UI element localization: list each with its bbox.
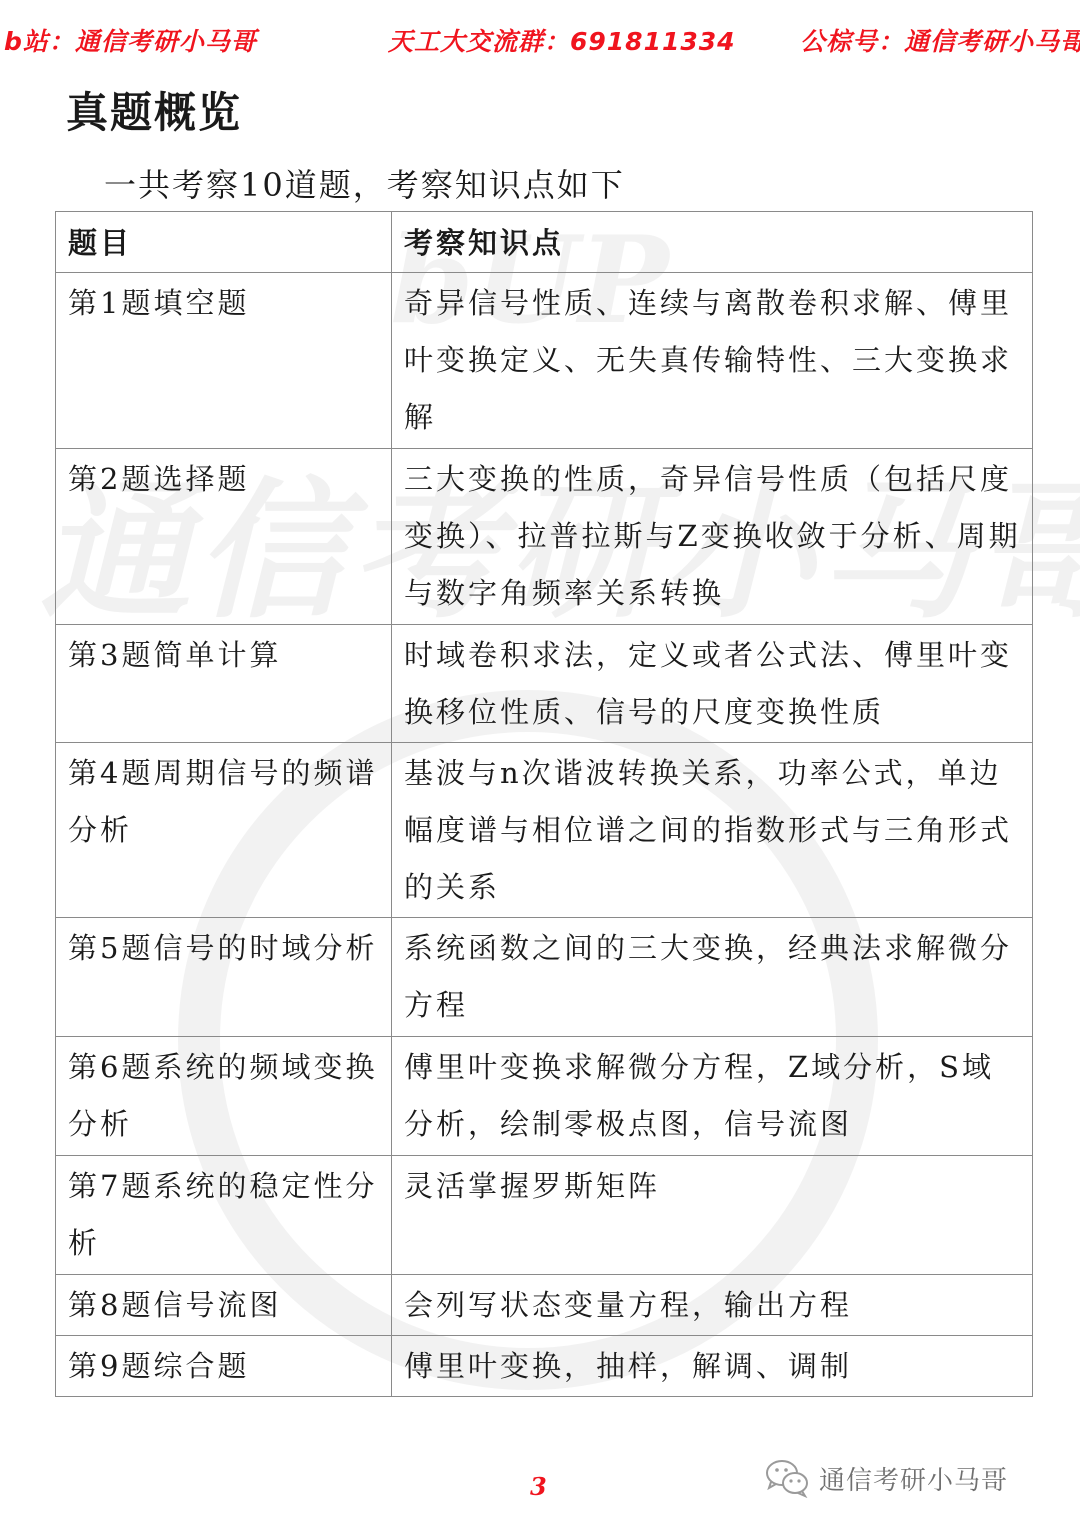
points-cell: 奇异信号性质、连续与离散卷积求解、傅里叶变换定义、无失真传输特性、三大变换求解 (392, 273, 1033, 449)
topic-cell: 第5题信号的时域分析 (56, 918, 392, 1037)
points-cell: 三大变换的性质，奇异信号性质（包括尺度变换）、拉普拉斯与Z变换收敛于分析、周期与… (392, 449, 1033, 625)
table-header-row: 题目 考察知识点 (56, 212, 1033, 273)
table-row: 第1题填空题 奇异信号性质、连续与离散卷积求解、傅里叶变换定义、无失真传输特性、… (56, 273, 1033, 449)
table-row: 第4题周期信号的频谱分析 基波与n次谐波转换关系，功率公式，单边幅度谱与相位谱之… (56, 743, 1033, 918)
topic-cell: 第4题周期信号的频谱分析 (56, 743, 392, 918)
topic-cell: 第2题选择题 (56, 449, 392, 625)
header-bar: b站：通信考研小马哥 天工大交流群：691811334 公棕号：通信考研小马哥 (0, 22, 1080, 62)
knowledge-table: 题目 考察知识点 第1题填空题 奇异信号性质、连续与离散卷积求解、傅里叶变换定义… (55, 211, 1033, 1397)
points-cell: 会列写状态变量方程，输出方程 (392, 1275, 1033, 1336)
topic-cell: 第9题综合题 (56, 1336, 392, 1397)
points-cell: 系统函数之间的三大变换，经典法求解微分方程 (392, 918, 1033, 1037)
topic-cell: 第3题简单计算 (56, 625, 392, 743)
column-header-topic: 题目 (56, 212, 392, 273)
points-cell: 灵活掌握罗斯矩阵 (392, 1156, 1033, 1275)
page-number: 3 (530, 1472, 547, 1501)
points-cell: 时域卷积求法，定义或者公式法、傅里叶变换移位性质、信号的尺度变换性质 (392, 625, 1033, 743)
points-cell: 傅里叶变换，抽样，解调、调制 (392, 1336, 1033, 1397)
table-row: 第8题信号流图 会列写状态变量方程，输出方程 (56, 1275, 1033, 1336)
table-row: 第6题系统的频域变换分析 傅里叶变换求解微分方程，Z域分析，S域分析，绘制零极点… (56, 1037, 1033, 1156)
points-cell: 基波与n次谐波转换关系，功率公式，单边幅度谱与相位谱之间的指数形式与三角形式的关… (392, 743, 1033, 918)
wechat-icon (765, 1458, 811, 1498)
points-cell: 傅里叶变换求解微分方程，Z域分析，S域分析，绘制零极点图，信号流图 (392, 1037, 1033, 1156)
table-row: 第5题信号的时域分析 系统函数之间的三大变换，经典法求解微分方程 (56, 918, 1033, 1037)
page-title: 真题概览 (66, 80, 242, 140)
wechat-watermark: 通信考研小马哥 (765, 1458, 1008, 1498)
qq-group-label: 天工大交流群：691811334 (388, 22, 736, 58)
bilibili-account-label: b站：通信考研小马哥 (4, 22, 257, 58)
topic-cell: 第6题系统的频域变换分析 (56, 1037, 392, 1156)
table-row: 第9题综合题 傅里叶变换，抽样，解调、调制 (56, 1336, 1033, 1397)
table-row: 第2题选择题 三大变换的性质，奇异信号性质（包括尺度变换）、拉普拉斯与Z变换收敛… (56, 449, 1033, 625)
topic-cell: 第7题系统的稳定性分析 (56, 1156, 392, 1275)
topic-cell: 第8题信号流图 (56, 1275, 392, 1336)
official-account-label: 公棕号：通信考研小马哥 (800, 22, 1080, 58)
table-row: 第3题简单计算 时域卷积求法，定义或者公式法、傅里叶变换移位性质、信号的尺度变换… (56, 625, 1033, 743)
topic-cell: 第1题填空题 (56, 273, 392, 449)
wechat-account-name: 通信考研小马哥 (819, 1460, 1008, 1497)
column-header-points: 考察知识点 (392, 212, 1033, 273)
table-row: 第7题系统的稳定性分析 灵活掌握罗斯矩阵 (56, 1156, 1033, 1275)
intro-paragraph: 一共考察10道题，考察知识点如下 (104, 160, 625, 206)
